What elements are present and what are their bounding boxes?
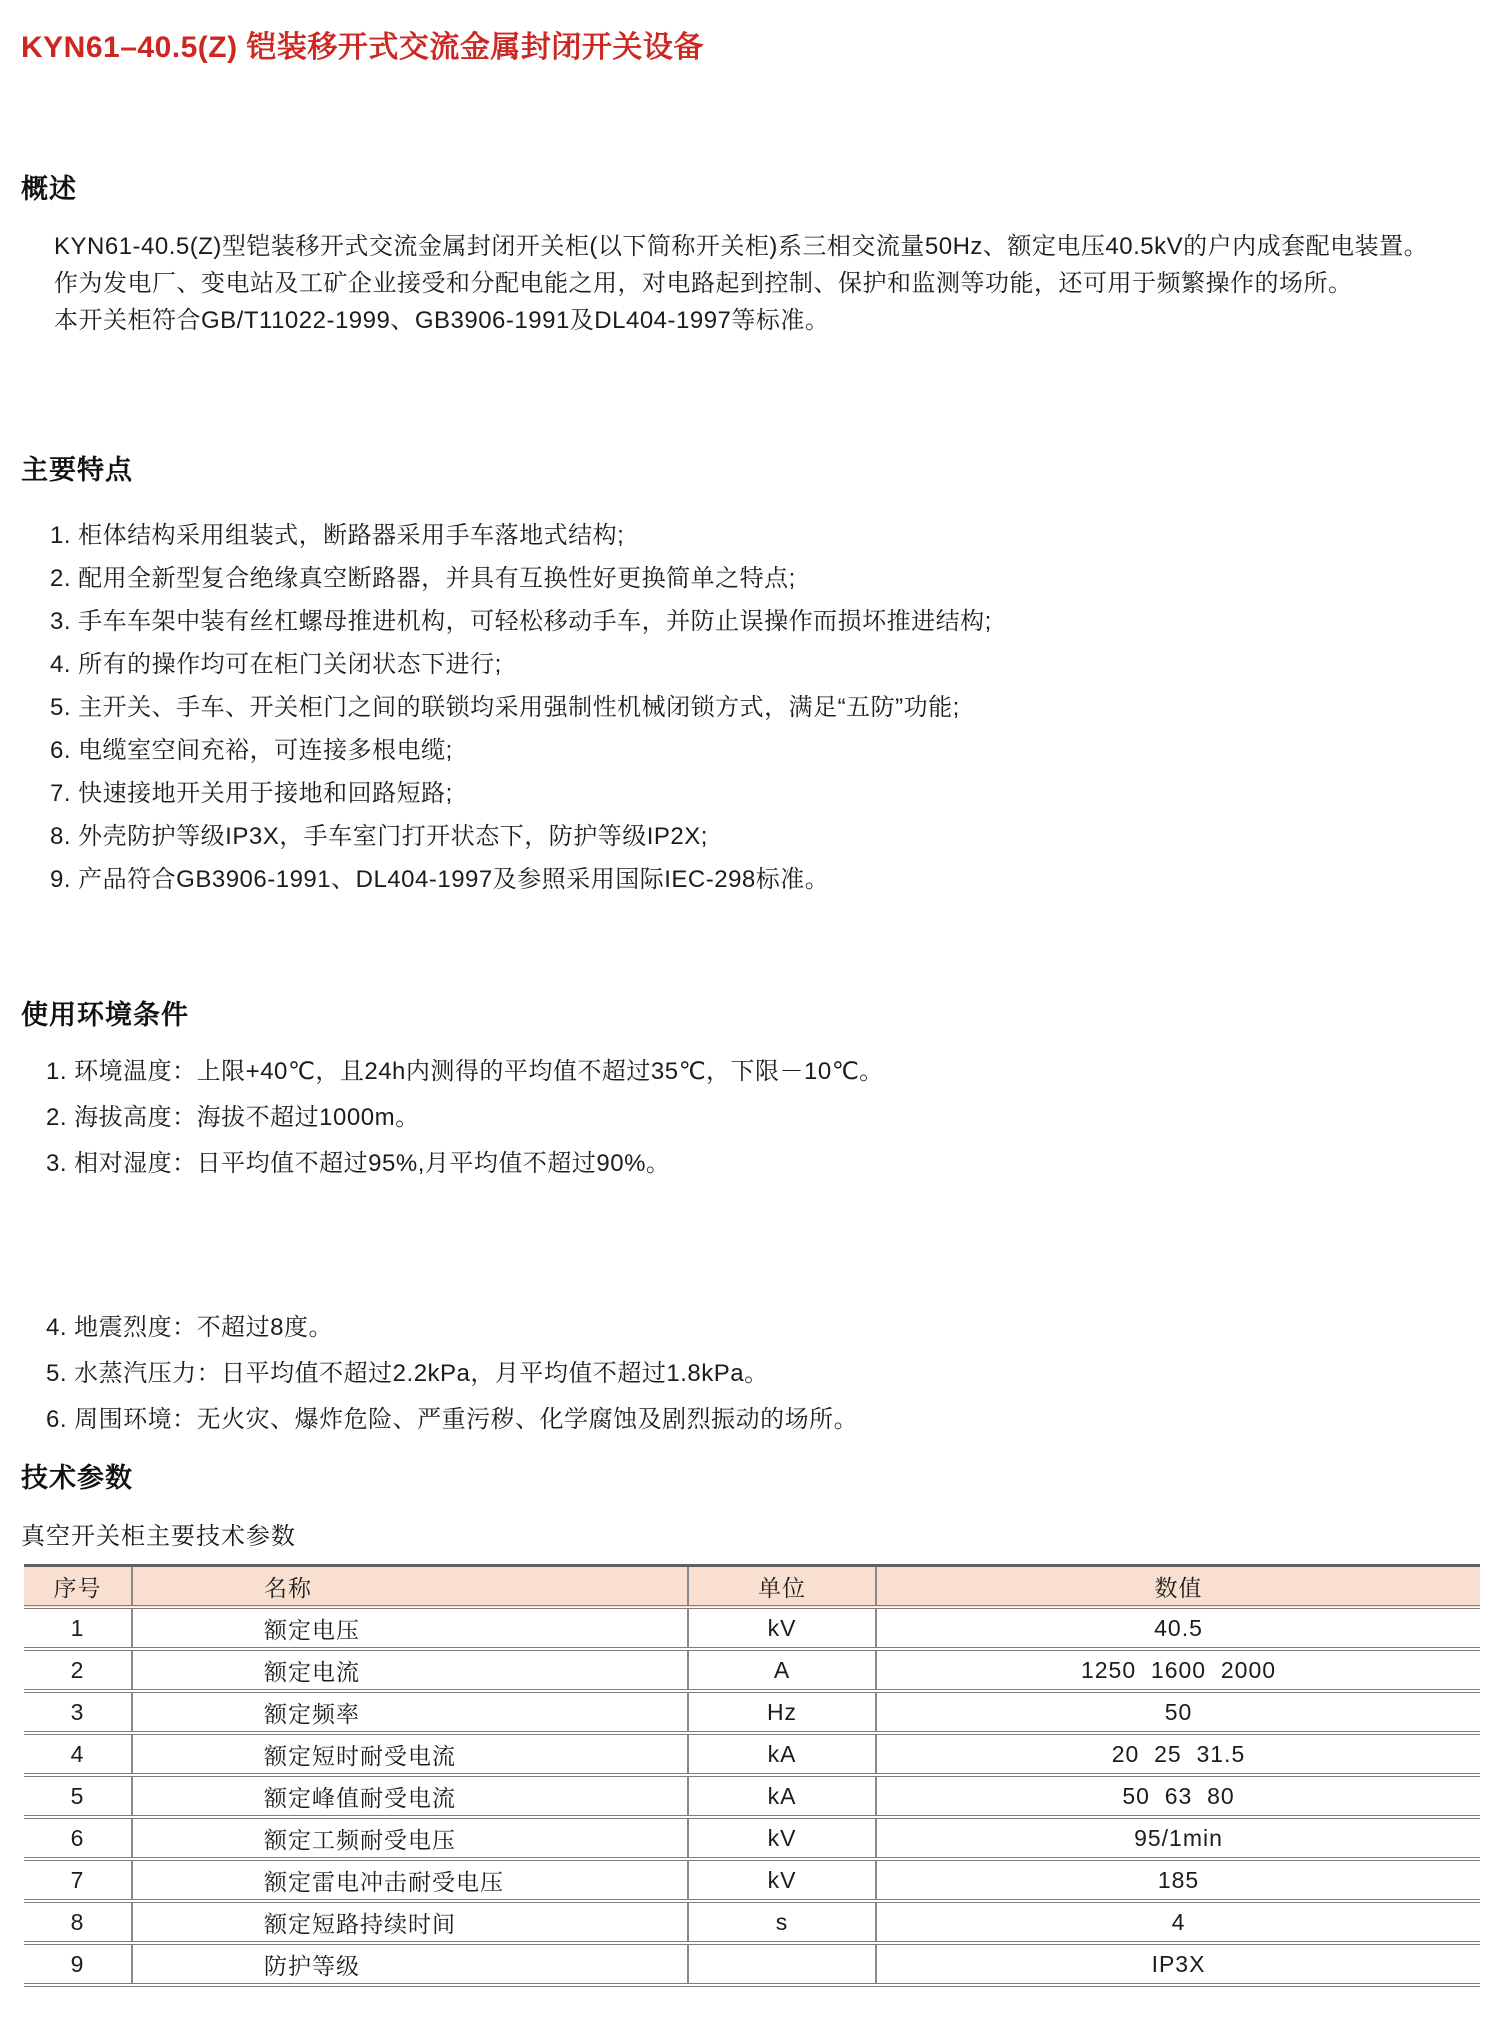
section-heading-features: 主要特点 bbox=[21, 453, 1500, 487]
table-cell: 额定电流 bbox=[132, 1649, 688, 1691]
feature-item: 5. 主开关、手车、开关柜门之间的联锁均采用强制性机械闭锁方式，满足“五防”功能… bbox=[50, 686, 1500, 729]
environment-list-lower: 4. 地震烈度：不超过8度。5. 水蒸汽压力：日平均值不超过2.2kPa，月平均… bbox=[46, 1305, 1500, 1443]
table-cell: 4 bbox=[876, 1901, 1480, 1943]
table-cell: IP3X bbox=[876, 1943, 1480, 1985]
table-cell: kA bbox=[688, 1775, 876, 1817]
section-heading-overview: 概述 bbox=[21, 172, 1500, 206]
environment-item: 4. 地震烈度：不超过8度。 bbox=[46, 1305, 1500, 1351]
overview-paragraph-line: KYN61-40.5(Z)型铠装移开式交流金属封闭开关柜(以下简称开关柜)系三相… bbox=[54, 228, 1500, 265]
overview-paragraph-line: 本开关柜符合GB/T11022-1999、GB3906-1991及DL404-1… bbox=[54, 302, 1500, 339]
table-cell: 2 bbox=[24, 1649, 132, 1691]
feature-item: 6. 电缆室空间充裕，可连接多根电缆; bbox=[50, 729, 1500, 772]
environment-item: 1. 环境温度：上限+40℃，且24h内测得的平均值不超过35℃，下限－10℃。 bbox=[46, 1049, 1500, 1095]
specs-table: 序号 名称 单位 数值 1额定电压kV40.52额定电流A1250 1600 2… bbox=[24, 1564, 1480, 1987]
feature-item: 3. 手车车架中装有丝杠螺母推进机构，可轻松移动手车，并防止误操作而损坏推进结构… bbox=[50, 600, 1500, 643]
table-cell: 防护等级 bbox=[132, 1943, 688, 1985]
table-cell: 40.5 bbox=[876, 1607, 1480, 1649]
table-cell: 1250 1600 2000 bbox=[876, 1649, 1480, 1691]
table-cell: 4 bbox=[24, 1733, 132, 1775]
table-row: 3额定频率Hz50 bbox=[24, 1691, 1480, 1733]
table-row: 6额定工频耐受电压kV95/1min bbox=[24, 1817, 1480, 1859]
table-cell: 1 bbox=[24, 1607, 132, 1649]
table-cell: 额定雷电冲击耐受电压 bbox=[132, 1859, 688, 1901]
table-cell: s bbox=[688, 1901, 876, 1943]
feature-item: 2. 配用全新型复合绝缘真空断路器，并具有互换性好更换简单之特点; bbox=[50, 557, 1500, 600]
feature-item: 9. 产品符合GB3906-1991、DL404-1997及参照采用国际IEC-… bbox=[50, 858, 1500, 901]
table-cell: 额定短时耐受电流 bbox=[132, 1733, 688, 1775]
table-cell: kV bbox=[688, 1859, 876, 1901]
overview-paragraph-line: 作为发电厂、变电站及工矿企业接受和分配电能之用，对电路起到控制、保护和监测等功能… bbox=[54, 265, 1500, 302]
table-cell: 额定峰值耐受电流 bbox=[132, 1775, 688, 1817]
table-cell: Hz bbox=[688, 1691, 876, 1733]
table-cell: kA bbox=[688, 1733, 876, 1775]
table-cell: 额定电压 bbox=[132, 1607, 688, 1649]
table-header-cell: 序号 bbox=[24, 1566, 132, 1608]
environment-item: 5. 水蒸汽压力：日平均值不超过2.2kPa，月平均值不超过1.8kPa。 bbox=[46, 1351, 1500, 1397]
feature-item: 4. 所有的操作均可在柜门关闭状态下进行; bbox=[50, 643, 1500, 686]
table-cell: kV bbox=[688, 1607, 876, 1649]
table-cell: 3 bbox=[24, 1691, 132, 1733]
table-row: 9防护等级IP3X bbox=[24, 1943, 1480, 1985]
table-cell: 95/1min bbox=[876, 1817, 1480, 1859]
section-heading-specs: 技术参数 bbox=[21, 1461, 1500, 1495]
table-cell bbox=[688, 1943, 876, 1985]
table-cell: 额定短路持续时间 bbox=[132, 1901, 688, 1943]
table-cell: 额定工频耐受电压 bbox=[132, 1817, 688, 1859]
overview-paragraph: KYN61-40.5(Z)型铠装移开式交流金属封闭开关柜(以下简称开关柜)系三相… bbox=[54, 228, 1500, 339]
table-header-cell: 单位 bbox=[688, 1566, 876, 1608]
table-cell: 50 bbox=[876, 1691, 1480, 1733]
table-row: 7额定雷电冲击耐受电压kV185 bbox=[24, 1859, 1480, 1901]
table-row: 8额定短路持续时间s4 bbox=[24, 1901, 1480, 1943]
table-header-row: 序号 名称 单位 数值 bbox=[24, 1566, 1480, 1608]
feature-item: 8. 外壳防护等级IP3X，手车室门打开状态下，防护等级IP2X; bbox=[50, 815, 1500, 858]
environment-item: 3. 相对湿度：日平均值不超过95%,月平均值不超过90%。 bbox=[46, 1141, 1500, 1187]
specs-subtitle: 真空开关柜主要技术参数 bbox=[21, 1522, 1500, 1552]
table-cell: kV bbox=[688, 1817, 876, 1859]
table-row: 1额定电压kV40.5 bbox=[24, 1607, 1480, 1649]
table-cell: 8 bbox=[24, 1901, 132, 1943]
feature-list: 1. 柜体结构采用组装式，断路器采用手车落地式结构;2. 配用全新型复合绝缘真空… bbox=[50, 514, 1500, 901]
table-header-cell: 数值 bbox=[876, 1566, 1480, 1608]
table-cell: 185 bbox=[876, 1859, 1480, 1901]
table-cell: 20 25 31.5 bbox=[876, 1733, 1480, 1775]
environment-item: 6. 周围环境：无火灾、爆炸危险、严重污秽、化学腐蚀及剧烈振动的场所。 bbox=[46, 1397, 1500, 1443]
table-cell: 6 bbox=[24, 1817, 132, 1859]
section-heading-environment: 使用环境条件 bbox=[21, 998, 1500, 1032]
table-cell: 7 bbox=[24, 1859, 132, 1901]
table-cell: 50 63 80 bbox=[876, 1775, 1480, 1817]
table-header-cell: 名称 bbox=[132, 1566, 688, 1608]
table-cell: 9 bbox=[24, 1943, 132, 1985]
table-row: 5额定峰值耐受电流kA50 63 80 bbox=[24, 1775, 1480, 1817]
table-row: 4额定短时耐受电流kA20 25 31.5 bbox=[24, 1733, 1480, 1775]
table-cell: 额定频率 bbox=[132, 1691, 688, 1733]
environment-list-upper: 1. 环境温度：上限+40℃，且24h内测得的平均值不超过35℃，下限－10℃。… bbox=[46, 1049, 1500, 1187]
environment-item: 2. 海拔高度：海拔不超过1000m。 bbox=[46, 1095, 1500, 1141]
table-row: 2额定电流A1250 1600 2000 bbox=[24, 1649, 1480, 1691]
table-cell: 5 bbox=[24, 1775, 132, 1817]
page-title: KYN61–40.5(Z) 铠装移开式交流金属封闭开关设备 bbox=[21, 30, 1500, 66]
table-cell: A bbox=[688, 1649, 876, 1691]
feature-item: 7. 快速接地开关用于接地和回路短路; bbox=[50, 772, 1500, 815]
feature-item: 1. 柜体结构采用组装式，断路器采用手车落地式结构; bbox=[50, 514, 1500, 557]
